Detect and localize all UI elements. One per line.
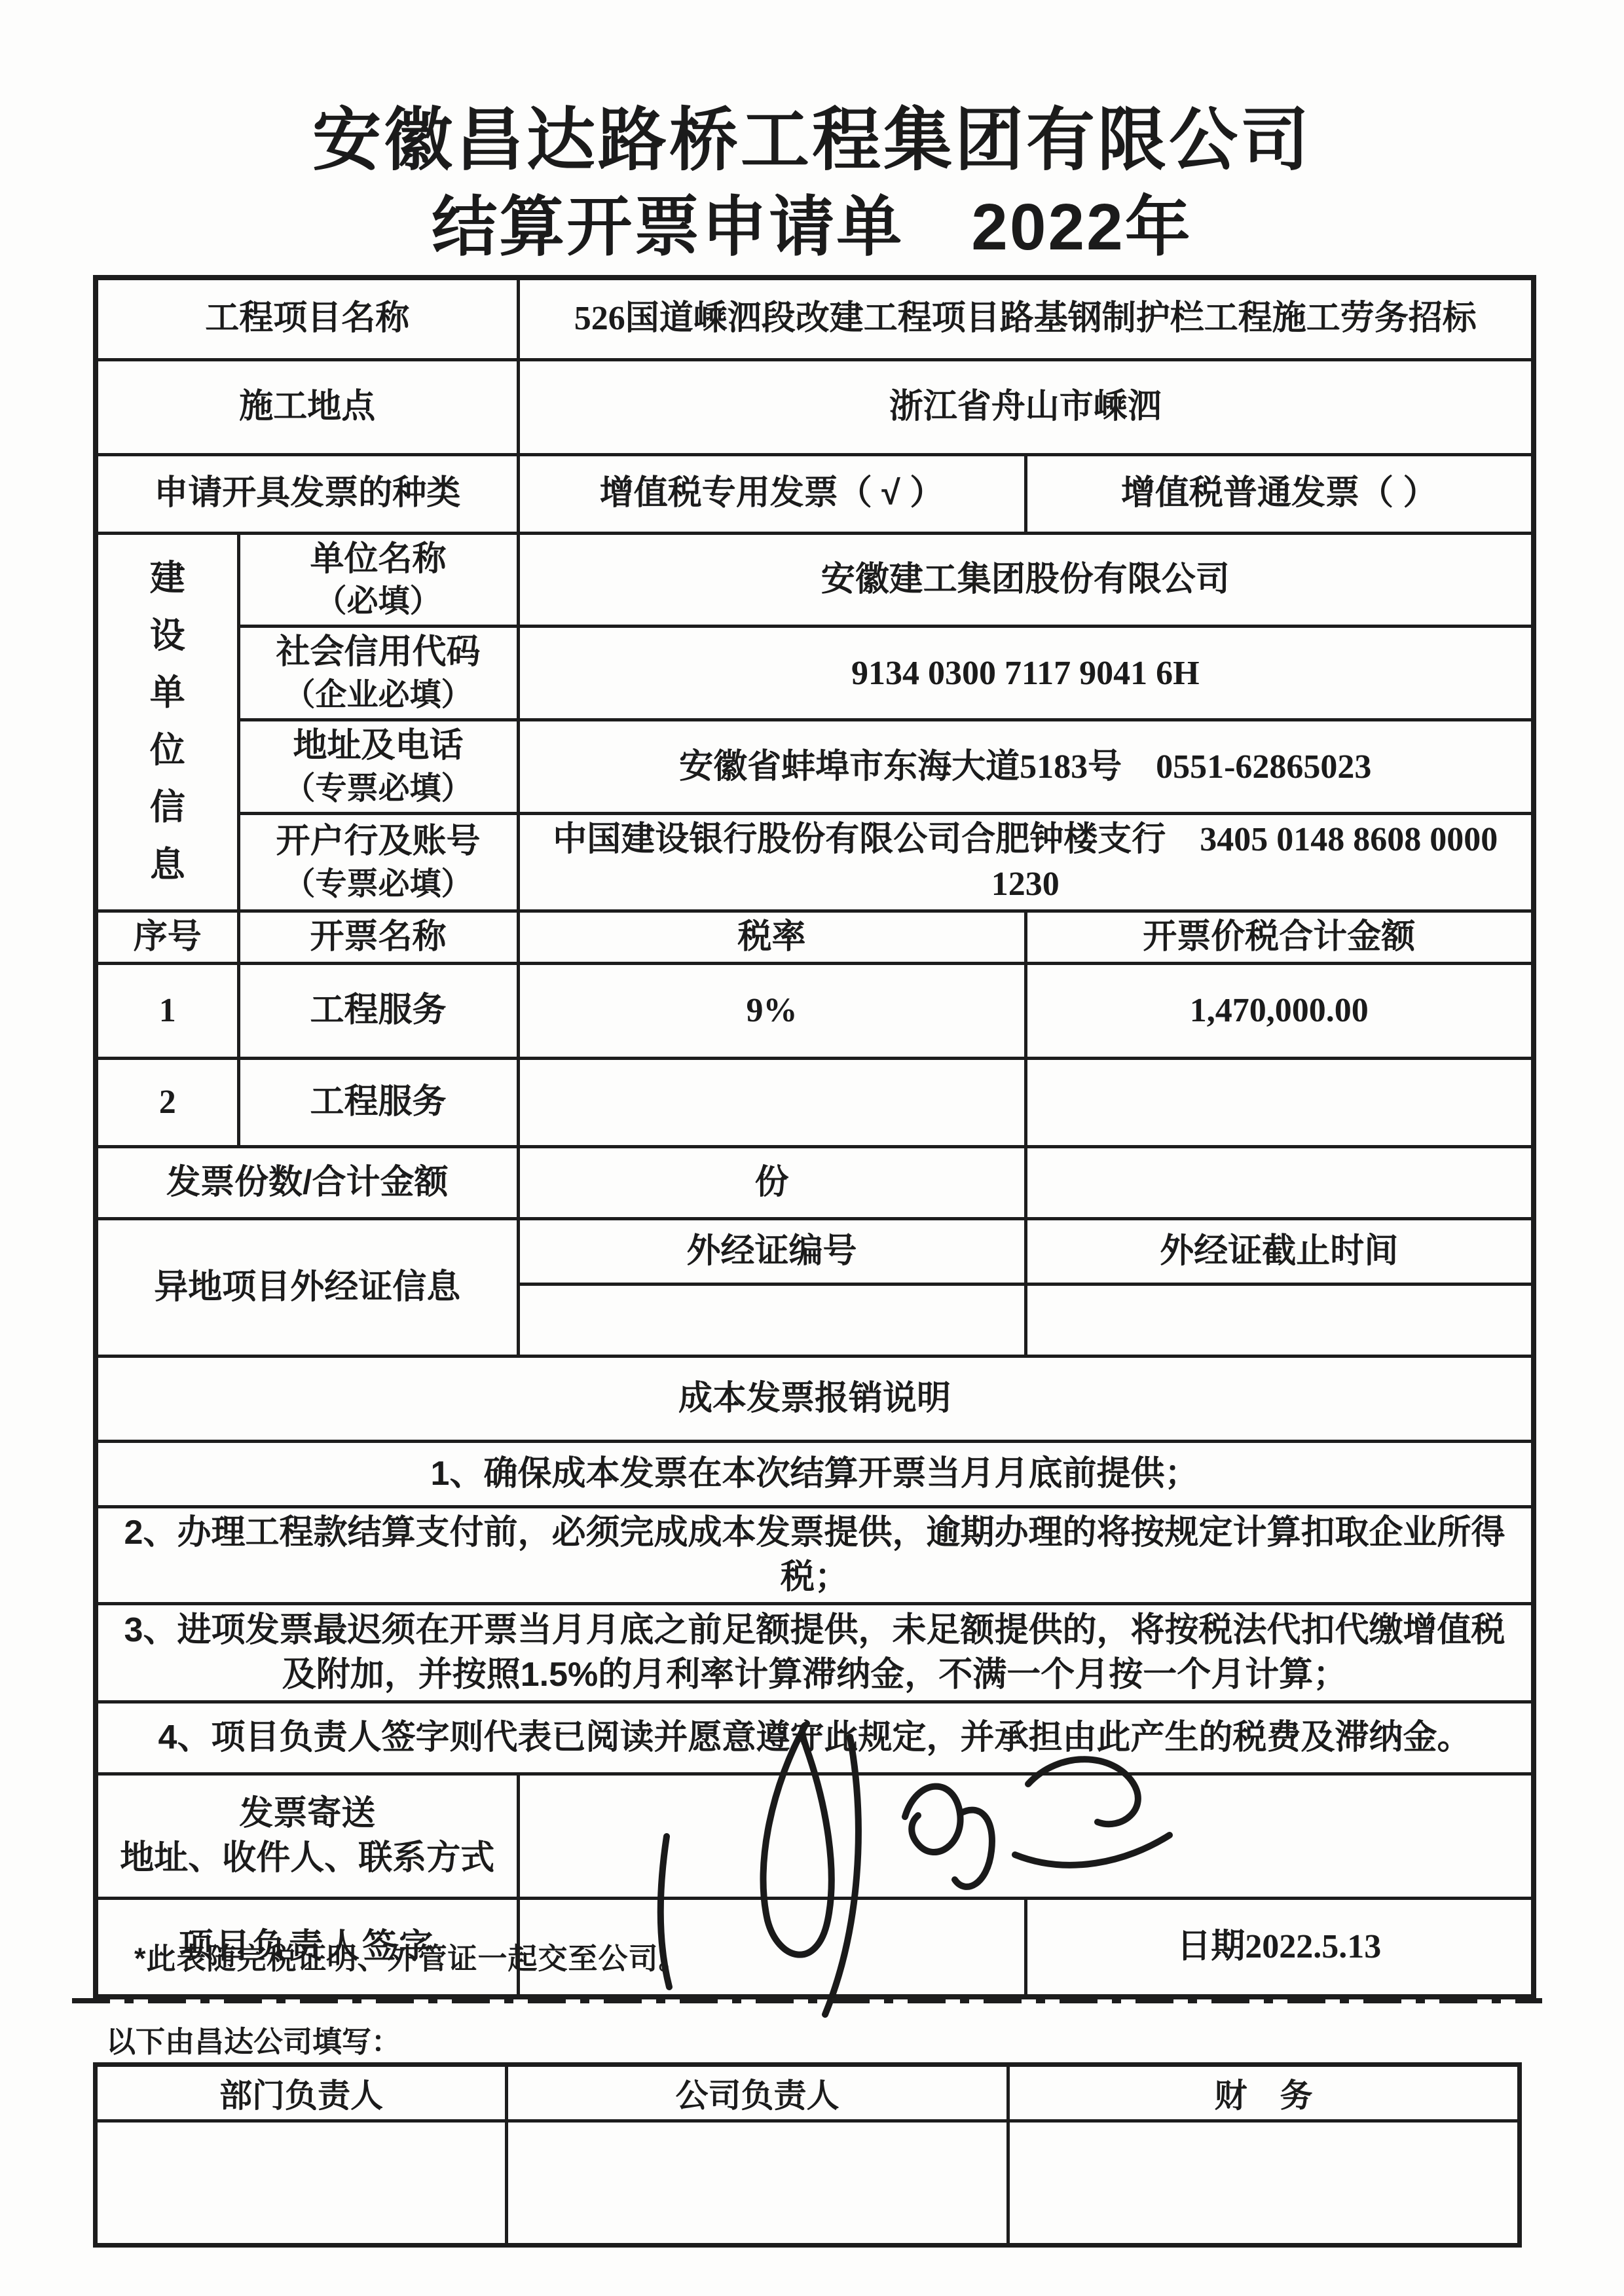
finance-cell (1008, 2121, 1520, 2246)
credit-code-value: 9134 0300 7117 9041 6H (518, 627, 1534, 720)
builder-section-label: 建设单位信息 (96, 533, 238, 911)
waijing-no-value (518, 1285, 1025, 1357)
signature-date: 日期2022.5.13 (1025, 1899, 1534, 1997)
address-phone-value: 安徽省蚌埠市东海大道5183号 0551-62865023 (518, 720, 1534, 814)
invoice-count-unit: 份 (518, 1147, 1025, 1219)
delivery-label-line1: 发票寄送 (107, 1792, 507, 1836)
company-title: 安徽昌达路桥工程集团有限公司 (0, 101, 1624, 181)
location-value: 浙江省舟山市嵊泗 (518, 359, 1534, 454)
waijing-section-label: 异地项目外经证信息 (96, 1219, 518, 1357)
bank-account-value: 中国建设银行股份有限公司合肥钟楼支行 3405 0148 8608 0000 1… (518, 814, 1534, 911)
unit-name-label-main: 单位名称 (249, 538, 507, 582)
builder-unit-name-row: 建设单位信息 单位名称 （必填） 安徽建工集团股份有限公司 (96, 533, 1534, 627)
note-item-4: 4、项目负责人签字则代表已阅读并愿意遵守此规定，并承担由此产生的税费及滞纳金。 (96, 1702, 1534, 1774)
invoice-table-header-row: 序号 开票名称 税率 开票价税合计金额 (96, 911, 1534, 964)
row1-rate: 9% (518, 964, 1025, 1059)
notes-header-row: 成本发票报销说明 (96, 1357, 1534, 1442)
credit-code-label-main: 社会信用代码 (249, 630, 507, 675)
address-phone-row: 地址及电话 （专票必填） 安徽省蚌埠市东海大道5183号 0551-628650… (96, 720, 1534, 814)
dashed-divider (72, 1994, 1542, 2008)
delivery-row: 发票寄送 地址、收件人、联系方式 (96, 1774, 1534, 1899)
address-phone-label: 地址及电话 （专票必填） (238, 720, 518, 814)
col-header-amount: 开票价税合计金额 (1025, 911, 1534, 964)
credit-code-row: 社会信用代码 （企业必填） 9134 0300 7117 9041 6H (96, 627, 1534, 720)
project-name-label: 工程项目名称 (96, 278, 518, 359)
project-name-row: 工程项目名称 526国道嵊泗段改建工程项目路基钢制护栏工程施工劳务招标 (96, 278, 1534, 359)
invoice-type-special: 增值税专用发票（ √ ） (518, 454, 1025, 533)
dept-head-header: 部门负责人 (96, 2065, 507, 2121)
row2-amount (1025, 1059, 1534, 1147)
waijing-no-header: 外经证编号 (518, 1219, 1025, 1285)
notes-header: 成本发票报销说明 (96, 1357, 1534, 1442)
note-row-2: 2、办理工程款结算支付前，必须完成成本发票提供，逾期办理的将按规定计算扣取企业所… (96, 1507, 1534, 1604)
invoice-row-1: 1 工程服务 9% 1,470,000.00 (96, 964, 1534, 1059)
form-table: 工程项目名称 526国道嵊泗段改建工程项目路基钢制护栏工程施工劳务招标 施工地点… (93, 275, 1536, 1999)
approval-empty-row (96, 2121, 1520, 2246)
bank-account-label-main: 开户行及账号 (249, 820, 507, 864)
col-header-no: 序号 (96, 911, 238, 964)
invoice-count-row: 发票份数/合计金额 份 (96, 1147, 1534, 1219)
waijing-deadline-header: 外经证截止时间 (1025, 1219, 1534, 1285)
address-phone-label-sub: （专票必填） (249, 769, 507, 809)
row2-name: 工程服务 (238, 1059, 518, 1147)
address-phone-label-main: 地址及电话 (249, 724, 507, 769)
invoice-count-label: 发票份数/合计金额 (96, 1147, 518, 1219)
delivery-label: 发票寄送 地址、收件人、联系方式 (96, 1774, 518, 1899)
row1-no: 1 (96, 964, 238, 1059)
invoice-type-label: 申请开具发票的种类 (96, 454, 518, 533)
credit-code-label-sub: （企业必填） (249, 675, 507, 716)
unit-name-label: 单位名称 （必填） (238, 533, 518, 627)
delivery-label-line2: 地址、收件人、联系方式 (107, 1836, 507, 1881)
location-row: 施工地点 浙江省舟山市嵊泗 (96, 359, 1534, 454)
note-row-3: 3、进项发票最迟须在开票当月月底之前足额提供，未足额提供的，将按税法代扣代缴增值… (96, 1604, 1534, 1702)
row1-amount: 1,470,000.00 (1025, 964, 1534, 1059)
waijing-header-row: 异地项目外经证信息 外经证编号 外经证截止时间 (96, 1219, 1534, 1285)
dept-head-cell (96, 2121, 507, 2246)
builder-section-label-text: 建设单位信息 (148, 550, 187, 894)
footnote-text: *此表随完税证明、外管证一起交至公司。 (134, 1935, 689, 1977)
note-row-4: 4、项目负责人签字则代表已阅读并愿意遵守此规定，并承担由此产生的税费及滞纳金。 (96, 1702, 1534, 1774)
scanned-form-page: 安徽昌达路桥工程集团有限公司 结算开票申请单 2022年 工程项目名称 526国… (0, 0, 1624, 2296)
below-section-intro: 以下由昌达公司填写： (106, 2018, 401, 2060)
invoice-type-general: 增值税普通发票（ ） (1025, 454, 1534, 533)
waijing-deadline-value (1025, 1285, 1534, 1357)
project-name-value: 526国道嵊泗段改建工程项目路基钢制护栏工程施工劳务招标 (518, 278, 1534, 359)
col-header-name: 开票名称 (238, 911, 518, 964)
approval-header-row: 部门负责人 公司负责人 财 务 (96, 2065, 1520, 2121)
note-item-1: 1、确保成本发票在本次结算开票当月月底前提供； (96, 1442, 1534, 1507)
row2-rate (518, 1059, 1025, 1147)
approval-table: 部门负责人 公司负责人 财 务 (93, 2062, 1522, 2248)
note-item-2: 2、办理工程款结算支付前，必须完成成本发票提供，逾期办理的将按规定计算扣取企业所… (96, 1507, 1534, 1604)
invoice-row-2: 2 工程服务 (96, 1059, 1534, 1147)
page-title: 安徽昌达路桥工程集团有限公司 结算开票申请单 2022年 (0, 101, 1624, 265)
invoice-type-row: 申请开具发票的种类 增值税专用发票（ √ ） 增值税普通发票（ ） (96, 454, 1534, 533)
bank-account-label: 开户行及账号 （专票必填） (238, 814, 518, 911)
note-item-3: 3、进项发票最迟须在开票当月月底之前足额提供，未足额提供的，将按税法代扣代缴增值… (96, 1604, 1534, 1702)
location-label: 施工地点 (96, 359, 518, 454)
bank-account-row: 开户行及账号 （专票必填） 中国建设银行股份有限公司合肥钟楼支行 3405 01… (96, 814, 1534, 911)
col-header-rate: 税率 (518, 911, 1025, 964)
form-title: 结算开票申请单 2022年 (0, 190, 1624, 265)
invoice-count-amount (1025, 1147, 1534, 1219)
unit-name-label-sub: （必填） (249, 581, 507, 622)
bank-account-label-sub: （专票必填） (249, 864, 507, 905)
company-head-header: 公司负责人 (507, 2065, 1008, 2121)
finance-header: 财 务 (1008, 2065, 1520, 2121)
note-row-1: 1、确保成本发票在本次结算开票当月月底前提供； (96, 1442, 1534, 1507)
delivery-value (518, 1774, 1534, 1899)
row2-no: 2 (96, 1059, 238, 1147)
credit-code-label: 社会信用代码 （企业必填） (238, 627, 518, 720)
unit-name-value: 安徽建工集团股份有限公司 (518, 533, 1534, 627)
row1-name: 工程服务 (238, 964, 518, 1059)
company-head-cell (507, 2121, 1008, 2246)
